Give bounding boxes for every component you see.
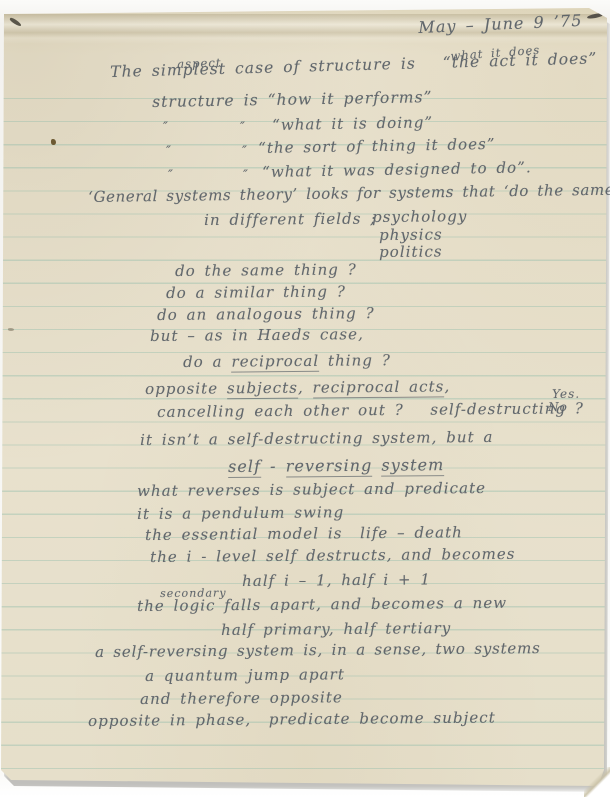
handwritten-line: half i – 1, half i + 1 — [242, 570, 431, 590]
handwritten-line: “what it was designed to do”. — [262, 158, 532, 181]
underlined-text: reciprocal — [231, 352, 319, 373]
handwritten-line: do a similar thing ? — [166, 282, 346, 302]
handwritten-line: in different fields ; — [204, 209, 376, 229]
handwritten-line: the i - level self destructs, and become… — [150, 545, 516, 566]
handwritten-line: “what it is doing” — [272, 113, 433, 134]
text-segment: do a — [183, 353, 232, 371]
handwritten-line: ‘General systems theory’ looks for syste… — [88, 180, 610, 206]
handwritten-line: it is a pendulum swing — [137, 503, 344, 523]
handwritten-line: physics — [379, 225, 443, 244]
handwritten-line: ″ — [242, 144, 248, 159]
handwritten-line: what reverses is subject and predicate — [137, 479, 486, 500]
scanned-page: May – June 9 ’75 what it doesaspectThe s… — [0, 0, 610, 797]
handwritten-line: ″ — [168, 168, 174, 183]
handwritten-line: a quantum jump apart — [145, 665, 345, 685]
date-annotation: May – June 9 ’75 — [418, 11, 583, 37]
handwritten-line: and therefore opposite — [140, 688, 343, 708]
handwritten-line: The simplest case of structure is “the a… — [110, 49, 598, 81]
handwriting-layer: May – June 9 ’75 what it doesaspectThe s… — [0, 0, 610, 797]
underlined-text: subjects — [227, 379, 298, 400]
handwritten-line: ″ — [243, 168, 249, 183]
handwritten-line: ″ — [240, 120, 246, 135]
text-segment: , — [444, 377, 450, 395]
handwritten-line: opposite in phase, predicate become subj… — [88, 708, 496, 730]
handwritten-line: do a reciprocal thing ? — [183, 351, 391, 371]
handwritten-line: opposite subjects, reciprocal acts, — [145, 377, 450, 398]
handwritten-line: cancelling each other out ? self-destruc… — [157, 399, 584, 421]
underlined-text: self — [228, 457, 261, 478]
handwritten-line: do an analogous thing ? — [157, 304, 375, 324]
handwritten-line: structure is “how it performs” — [152, 88, 433, 111]
handwritten-line: politics — [379, 242, 443, 261]
handwritten-line: psychology — [372, 207, 467, 226]
handwritten-line: the essential model is life – death — [145, 523, 463, 544]
text-segment: - — [261, 456, 286, 475]
text-segment: thing ? — [319, 351, 391, 370]
handwritten-line: “the sort of thing it does” — [258, 135, 496, 157]
underlined-text: system — [381, 455, 444, 477]
handwritten-line: a self-reversing system is, in a sense, … — [95, 639, 541, 661]
handwritten-line: No — [548, 400, 568, 414]
handwritten-line: self - reversing system — [228, 455, 444, 476]
handwritten-line: half primary, half tertiary — [221, 619, 451, 639]
handwritten-line: do the same thing ? — [175, 260, 357, 280]
handwritten-line: ″ — [163, 120, 169, 135]
text-segment: opposite — [145, 379, 227, 398]
underlined-text: reversing — [286, 456, 373, 478]
handwritten-line: it isn’t a self-destructing system, but … — [140, 428, 494, 449]
handwritten-line: ″ — [166, 144, 172, 159]
handwritten-line: but – as in Haeds case, — [150, 325, 364, 345]
handwritten-line: the logic falls apart, and becomes a new — [137, 594, 507, 615]
text-segment: , — [298, 379, 313, 397]
underlined-text: reciprocal acts — [313, 377, 445, 398]
corner-curl — [584, 767, 610, 797]
